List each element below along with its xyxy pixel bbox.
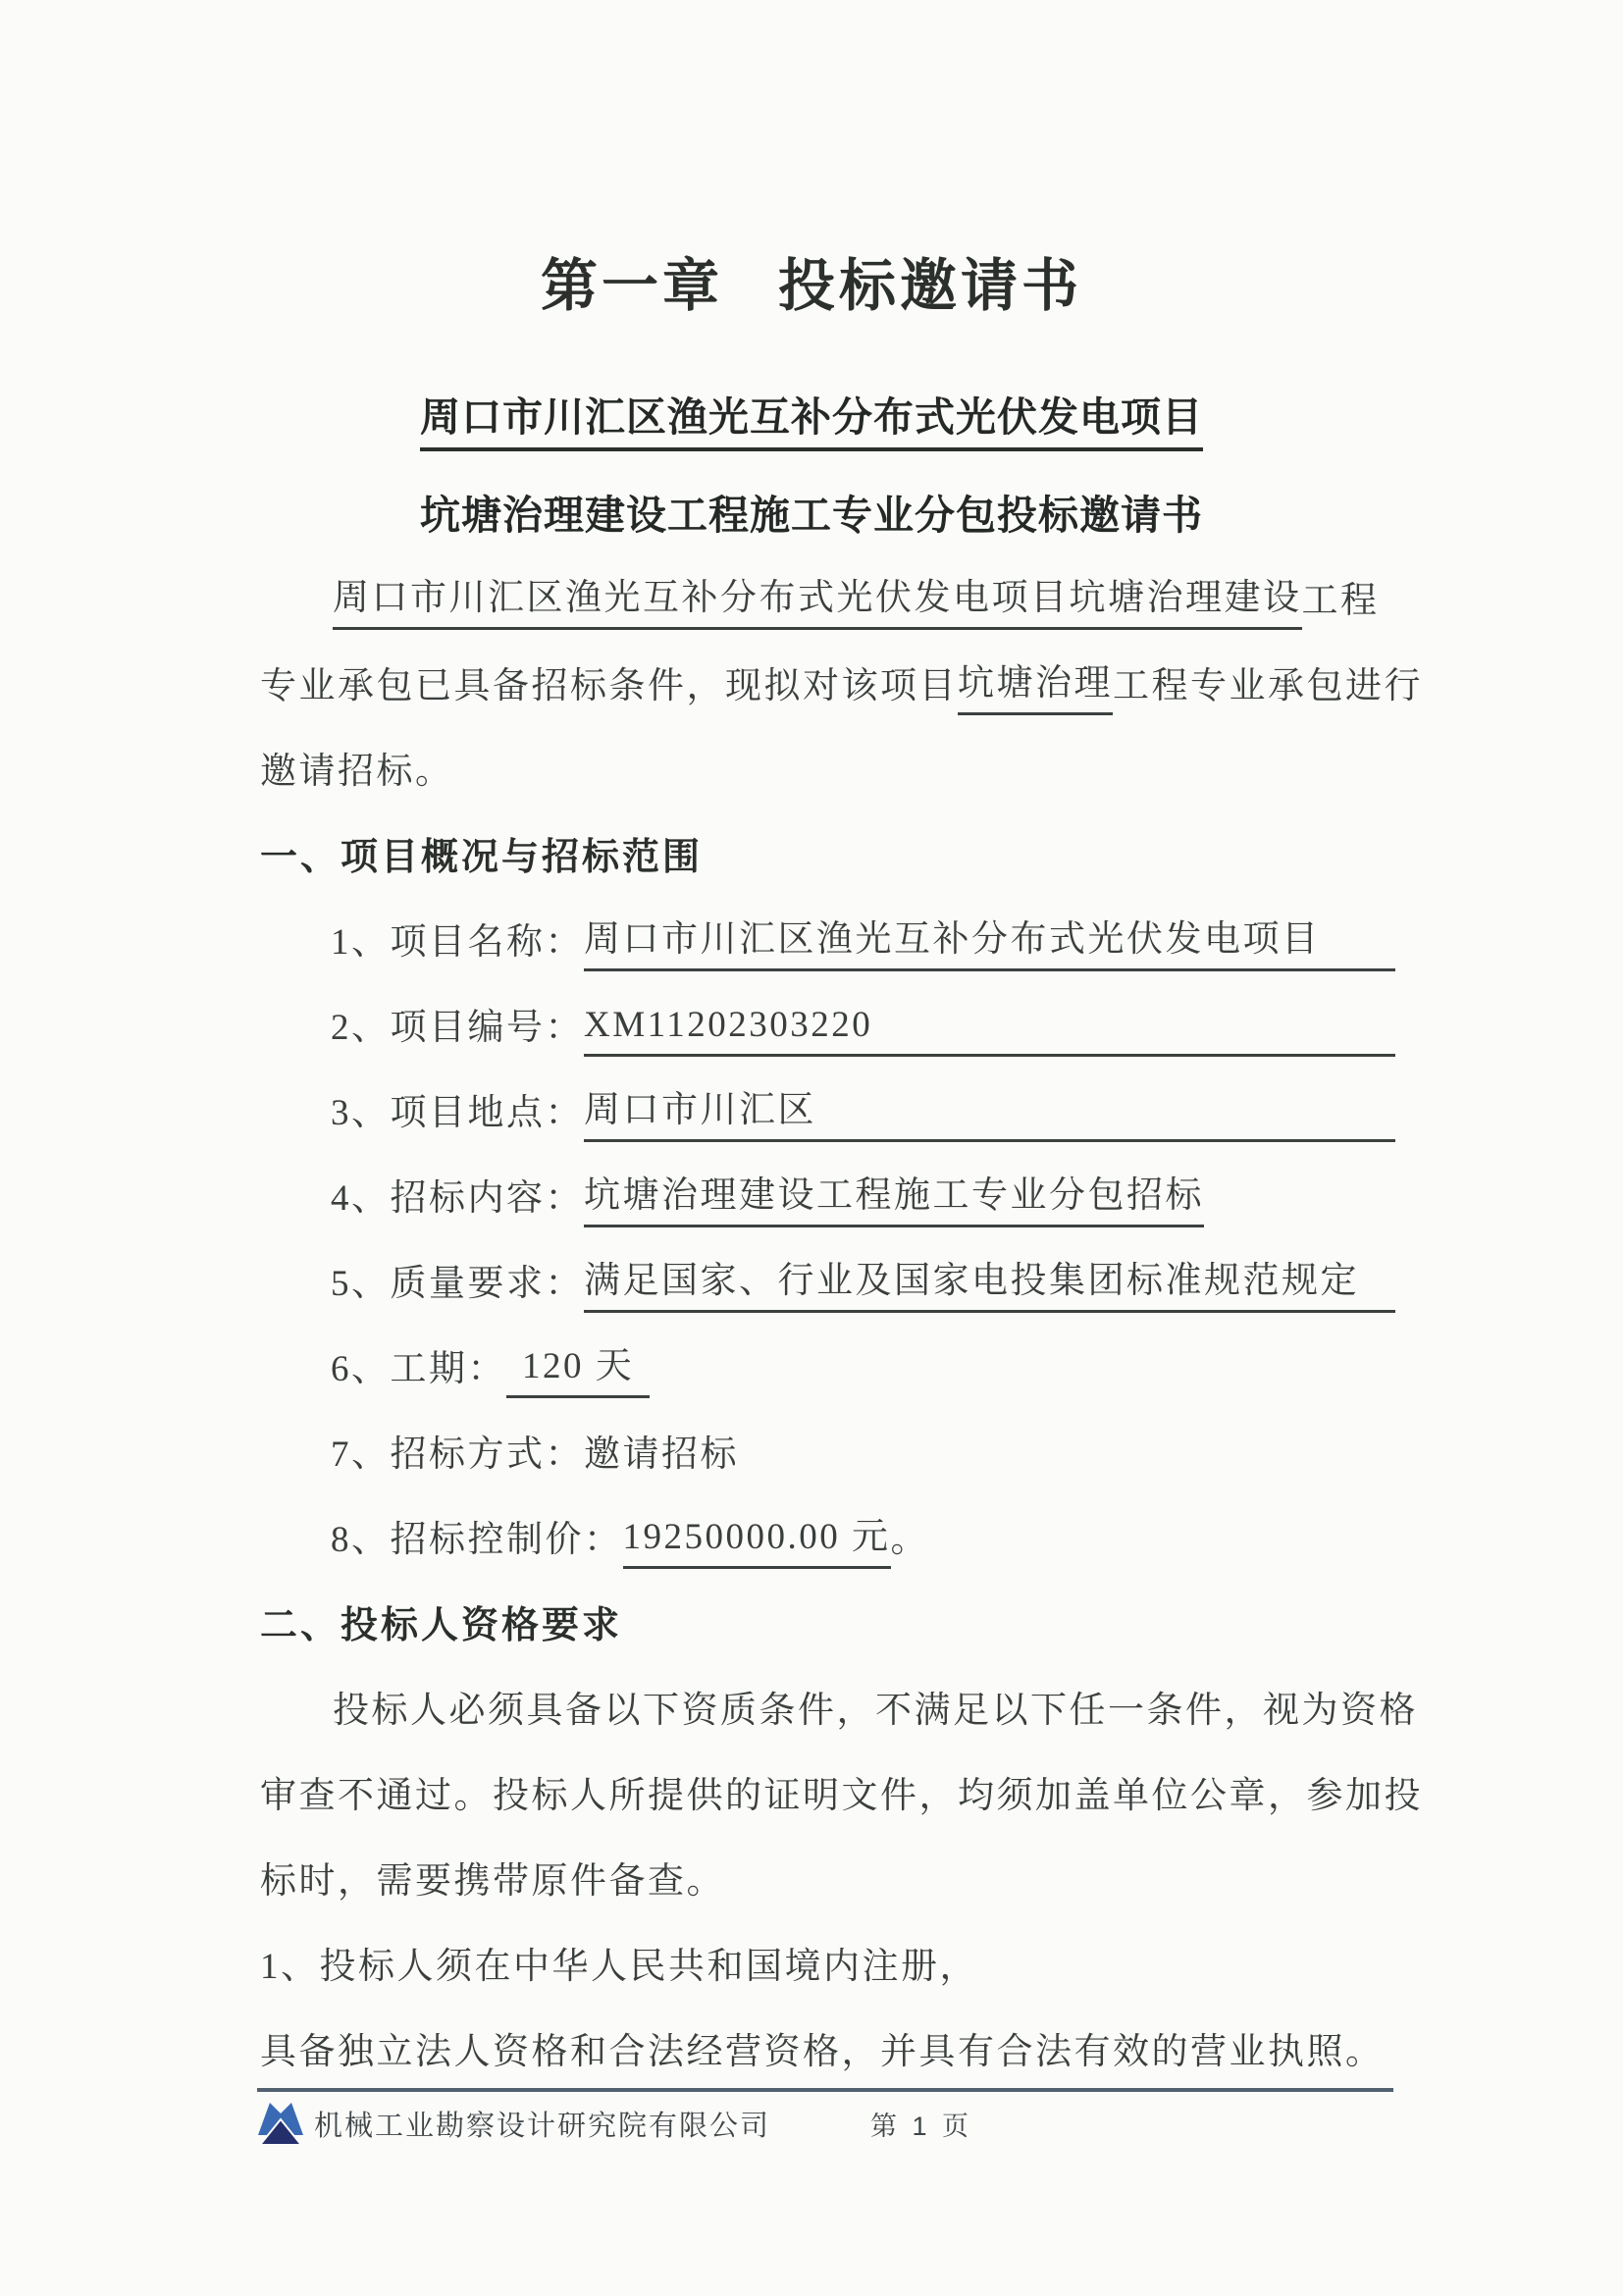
- item-8-label: 8、招标控制价：: [331, 1512, 623, 1569]
- item-1-value: 周口市川汇区渔光互补分布式光伏发电项目: [584, 912, 1395, 971]
- qualification-paragraph-line-2: 审查不通过。投标人所提供的证明文件，均须加盖单位公章，参加投: [260, 1740, 1395, 1825]
- item-2-label: 2、项目编号：: [331, 1000, 584, 1057]
- subtitle-line-1-text: 周口市川汇区渔光互补分布式光伏发电项目: [420, 394, 1203, 451]
- chapter-label: 第一章: [541, 254, 723, 318]
- subtitle-line-1: 周口市川汇区渔光互补分布式光伏发电项目: [0, 385, 1623, 443]
- item-5-label: 5、质量要求：: [331, 1256, 584, 1313]
- item-duration: 6、工期：120 天: [260, 1313, 1395, 1398]
- intro-paragraph-line-2: 专业承包已具备招标条件，现拟对该项目坑塘治理工程专业承包进行: [260, 630, 1395, 715]
- page-footer: 机械工业勘察设计研究院有限公司 第 1 页: [257, 2100, 1393, 2147]
- item-5-value: 满足国家、行业及国家电投集团标准规范规定: [584, 1253, 1395, 1313]
- footer-divider: [257, 2088, 1393, 2092]
- page-number: 第 1 页: [870, 2105, 972, 2143]
- qualification-paragraph-line-3: 标时，需要携带原件备查。: [260, 1825, 1395, 1910]
- subtitle-line-2-text: 坑塘治理建设工程施工专业分包投标邀请书: [420, 493, 1203, 538]
- item-1-label: 1、项目名称：: [331, 914, 584, 971]
- intro-plain-text: 工程: [1302, 573, 1380, 630]
- item-quality-requirement: 5、质量要求：满足国家、行业及国家电投集团标准规范规定: [260, 1227, 1395, 1313]
- item-6-value: 120 天: [506, 1338, 650, 1398]
- qualification-paragraph-line-1: 投标人必须具备以下资质条件，不满足以下任一条件，视为资格: [260, 1654, 1395, 1740]
- item-tender-content: 4、招标内容：坑塘治理建设工程施工专业分包招标: [260, 1142, 1395, 1227]
- section-1-heading-text: 一、项目概况与招标范围: [260, 829, 703, 886]
- company-logo-icon: [257, 2100, 304, 2147]
- chapter-title: 投标邀请书: [778, 254, 1082, 318]
- item-3-label: 3、项目地点：: [331, 1085, 584, 1142]
- qualification-item-1-line-1: 1、投标人须在中华人民共和国境内注册，: [260, 1910, 1395, 1996]
- intro-line2-post: 工程专业承包进行: [1113, 658, 1423, 715]
- item-7-label: 7、招标方式：: [331, 1427, 584, 1484]
- item-6-label: 6、工期：: [331, 1341, 506, 1398]
- section-2-heading: 二、投标人资格要求: [260, 1569, 1395, 1654]
- item-8-suffix: 。: [891, 1512, 930, 1569]
- section-1-heading: 一、项目概况与招标范围: [260, 801, 1395, 886]
- document-page: 第一章投标邀请书 周口市川汇区渔光互补分布式光伏发电项目 坑塘治理建设工程施工专…: [0, 0, 1623, 2296]
- qualification-line-1-text: 投标人必须具备以下资质条件，不满足以下任一条件，视为资格: [333, 1683, 1418, 1740]
- intro-line2-underlined: 坑塘治理: [958, 655, 1113, 715]
- company-name: 机械工业勘察设计研究院有限公司: [314, 2104, 770, 2144]
- subtitle-line-2: 坑塘治理建设工程施工专业分包投标邀请书: [0, 483, 1623, 541]
- intro-underlined-text: 周口市川汇区渔光互补分布式光伏发电项目坑塘治理建设: [333, 570, 1302, 630]
- section-2-heading-text: 二、投标人资格要求: [260, 1597, 622, 1654]
- qualification-line-2-text: 审查不通过。投标人所提供的证明文件，均须加盖单位公章，参加投: [260, 1768, 1423, 1825]
- item-3-value: 周口市川汇区: [584, 1082, 1395, 1142]
- qualification-item-1-continued-text: 具备独立法人资格和合法经营资格，并具有合法有效的营业执照。: [260, 2024, 1385, 2081]
- item-4-label: 4、招标内容：: [331, 1171, 584, 1227]
- intro-line2-pre: 专业承包已具备招标条件，现拟对该项目: [260, 658, 958, 715]
- intro-line3-text: 邀请招标。: [260, 744, 454, 801]
- item-control-price: 8、招标控制价：19250000.00 元。: [260, 1484, 1395, 1569]
- item-4-value: 坑塘治理建设工程施工专业分包招标: [584, 1168, 1204, 1227]
- item-2-value: XM11202303220: [584, 997, 1395, 1057]
- page-title: 第一章投标邀请书: [0, 239, 1623, 322]
- intro-paragraph-line-1: 周口市川汇区渔光互补分布式光伏发电项目坑塘治理建设工程: [260, 545, 1395, 630]
- item-project-location: 3、项目地点：周口市川汇区: [260, 1057, 1395, 1142]
- document-body: 周口市川汇区渔光互补分布式光伏发电项目坑塘治理建设工程 专业承包已具备招标条件，…: [260, 545, 1395, 2081]
- item-7-value: 邀请招标: [584, 1427, 739, 1484]
- item-project-name: 1、项目名称：周口市川汇区渔光互补分布式光伏发电项目: [260, 886, 1395, 971]
- item-8-value: 19250000.00 元: [623, 1509, 891, 1569]
- qualification-item-1-line-2: 具备独立法人资格和合法经营资格，并具有合法有效的营业执照。: [260, 1996, 1395, 2081]
- intro-paragraph-line-3: 邀请招标。: [260, 715, 1395, 801]
- item-tender-method: 7、招标方式：邀请招标: [260, 1398, 1395, 1484]
- item-project-number: 2、项目编号：XM11202303220: [260, 971, 1395, 1057]
- qualification-line-3-text: 标时，需要携带原件备查。: [260, 1853, 725, 1910]
- qualification-item-1-text: 1、投标人须在中华人民共和国境内注册，: [260, 1939, 978, 1996]
